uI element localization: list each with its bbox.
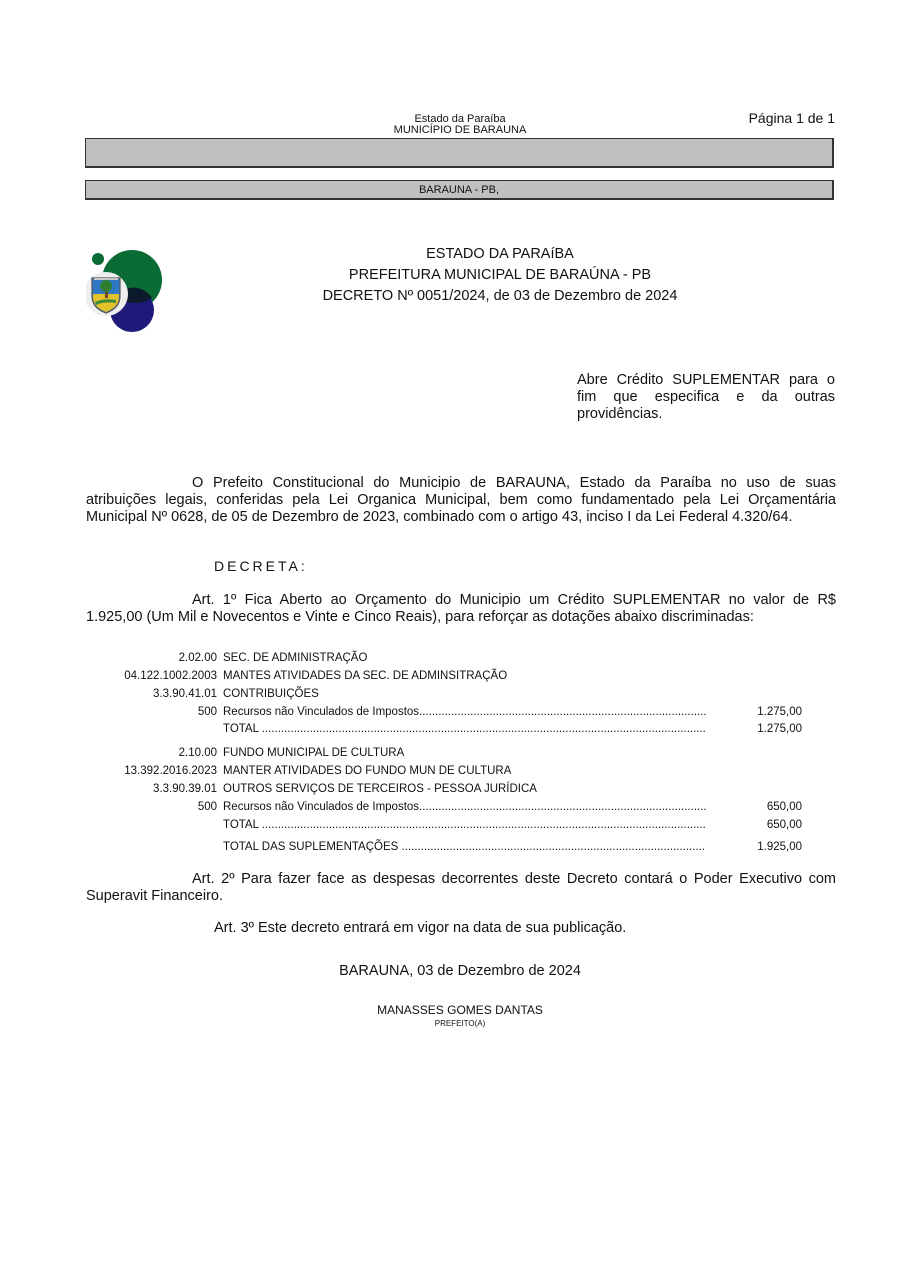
header-municipality: MUNICÍPIO DE BARAUNA [360, 125, 560, 136]
row-code: 2.02.00 [90, 650, 217, 667]
row-code: 2.10.00 [90, 745, 217, 762]
article-3: Art. 3º Este decreto entrará em vigor na… [214, 920, 626, 936]
row-description: Recursos não Vinculados de Impostos.....… [223, 799, 706, 816]
row-amount: 1.925,00 [757, 839, 802, 856]
row-description: MANTER ATIVIDADES DO FUNDO MUN DE CULTUR… [223, 763, 511, 780]
decreta-heading: DECRETA: [214, 558, 308, 574]
table-row: 3.3.90.39.01OUTROS SERVIÇOS DE TERCEIROS… [90, 781, 810, 798]
ementa: Abre Crédito SUPLEMENTAR para o fim que … [577, 372, 835, 423]
row-code: 500 [90, 704, 217, 721]
title-decree-number: DECRETO Nº 0051/2024, de 03 de Dezembro … [250, 288, 750, 304]
table-row: TOTAL ..................................… [90, 817, 810, 834]
title-state: ESTADO DA PARAíBA [250, 246, 750, 262]
municipal-logo [86, 250, 166, 332]
row-amount: 650,00 [767, 817, 802, 834]
table-row: 04.122.1002.2003MANTES ATIVIDADES DA SEC… [90, 668, 810, 685]
table-row: 3.3.90.41.01CONTRIBUIÇÕES [90, 686, 810, 703]
table-row: 500Recursos não Vinculados de Impostos..… [90, 704, 810, 721]
row-description: TOTAL DAS SUPLEMENTAÇÕES ...............… [223, 839, 706, 856]
header-bar [85, 138, 834, 168]
row-description: TOTAL ..................................… [223, 817, 706, 834]
row-description: OUTROS SERVIÇOS DE TERCEIROS - PESSOA JU… [223, 781, 537, 798]
row-description: CONTRIBUIÇÕES [223, 686, 319, 703]
article-2: Art. 2º Para fazer face as despesas deco… [86, 871, 836, 905]
page-number: Página 1 de 1 [700, 110, 835, 126]
row-amount: 650,00 [767, 799, 802, 816]
table-row: TOTAL DAS SUPLEMENTAÇÕES ...............… [90, 839, 810, 856]
row-code: 04.122.1002.2003 [90, 668, 217, 685]
row-amount: 1.275,00 [757, 721, 802, 738]
row-description: SEC. DE ADMINISTRAÇÃO [223, 650, 367, 667]
row-description: MANTES ATIVIDADES DA SEC. DE ADMINSITRAÇ… [223, 668, 507, 685]
table-row: 2.10.00FUNDO MUNICIPAL DE CULTURA [90, 745, 810, 762]
row-description: TOTAL ..................................… [223, 721, 706, 738]
title-prefeitura: PREFEITURA MUNICIPAL DE BARAÚNA - PB [250, 267, 750, 283]
table-row: 13.392.2016.2023MANTER ATIVIDADES DO FUN… [90, 763, 810, 780]
signer-name: MANASSES GOMES DANTAS [310, 1003, 610, 1017]
preamble-paragraph: O Prefeito Constitucional do Municipio d… [86, 475, 836, 526]
row-amount: 1.275,00 [757, 704, 802, 721]
row-code: 3.3.90.41.01 [90, 686, 217, 703]
row-description: Recursos não Vinculados de Impostos.....… [223, 704, 706, 721]
table-row: TOTAL ..................................… [90, 721, 810, 738]
location-bar: BARAUNA - PB, [85, 180, 834, 200]
row-description: FUNDO MUNICIPAL DE CULTURA [223, 745, 404, 762]
row-code: 500 [90, 799, 217, 816]
row-code: 13.392.2016.2023 [90, 763, 217, 780]
place-and-date: BARAUNA, 03 de Dezembro de 2024 [250, 963, 670, 979]
table-row: 2.02.00SEC. DE ADMINISTRAÇÃO [90, 650, 810, 667]
article-1: Art. 1º Fica Aberto ao Orçamento do Muni… [86, 592, 836, 626]
table-row: 500Recursos não Vinculados de Impostos..… [90, 799, 810, 816]
signer-role: PREFEITO(A) [310, 1019, 610, 1028]
row-code: 3.3.90.39.01 [90, 781, 217, 798]
